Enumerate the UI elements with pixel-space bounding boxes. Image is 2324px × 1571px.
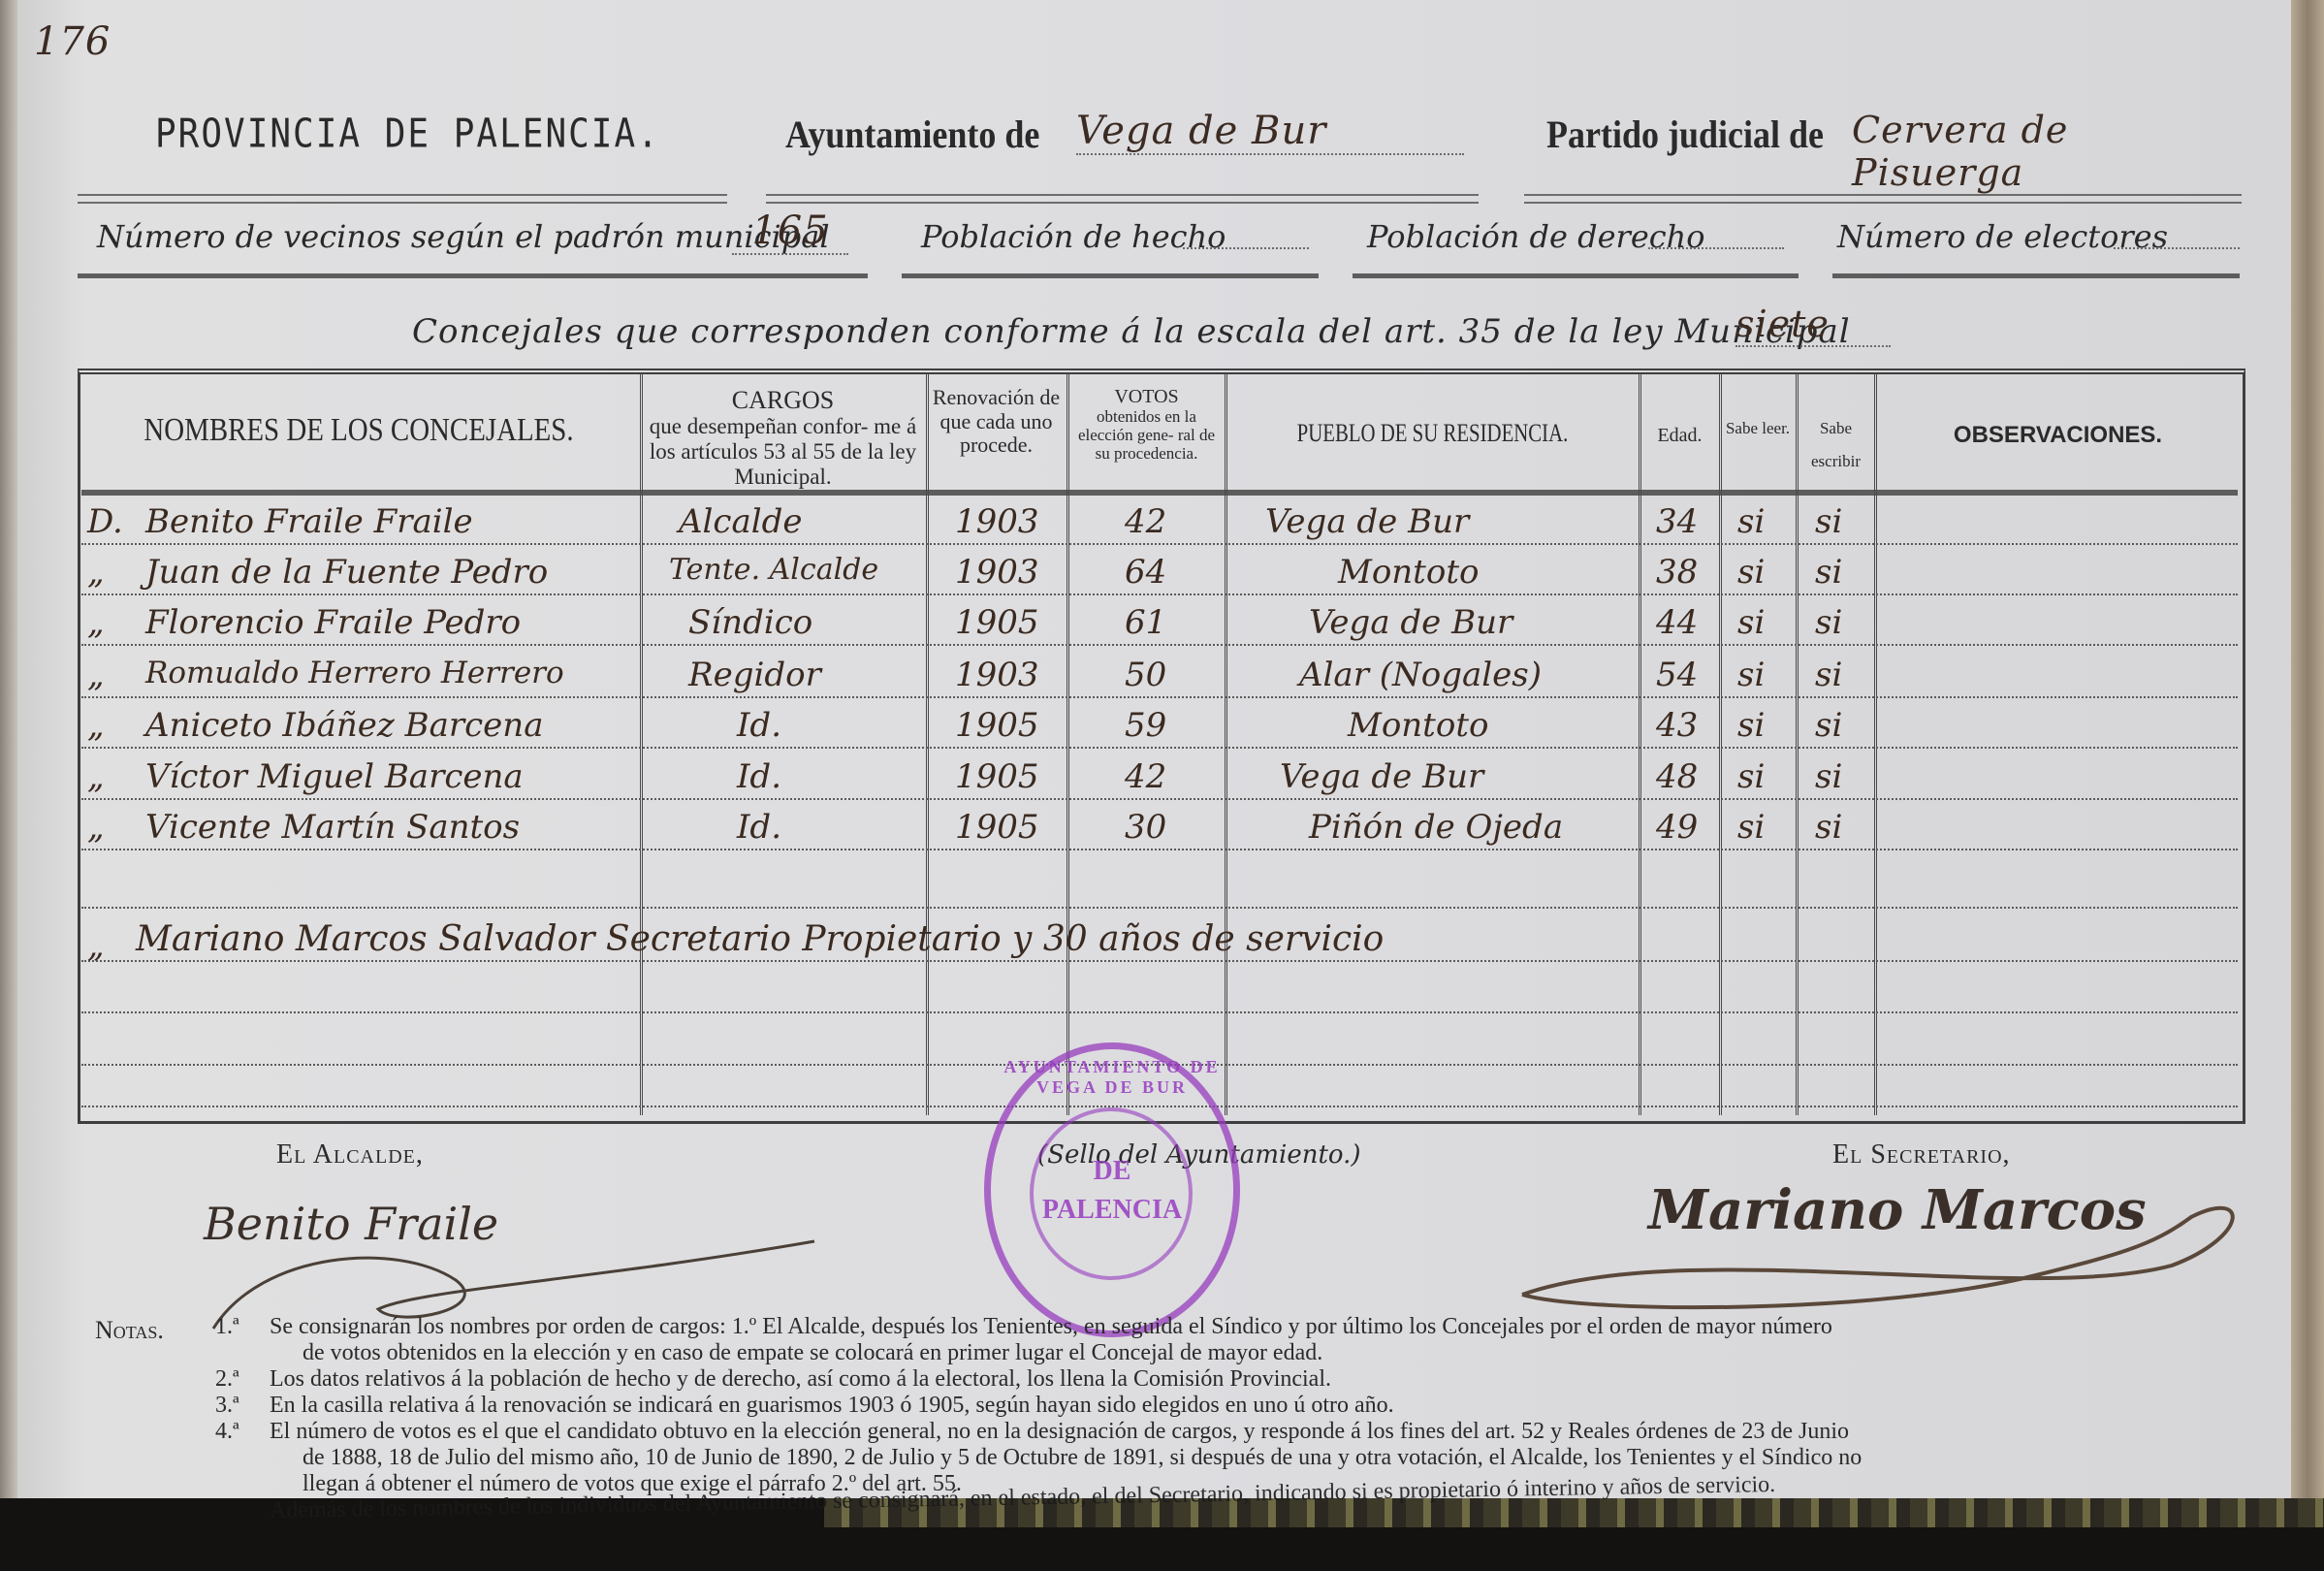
stamp-text-de: DE bbox=[991, 1156, 1233, 1187]
councillor-cargo: Id. bbox=[737, 808, 781, 847]
header-votos: VOTOS obtenidos en la elección gene- ral… bbox=[1071, 386, 1222, 463]
row-divider bbox=[81, 960, 2238, 962]
councillor-leer: si bbox=[1737, 502, 1765, 541]
councillor-pueblo: Piñón de Ojeda bbox=[1309, 808, 1563, 847]
councillor-pueblo: Montoto bbox=[1338, 553, 1479, 592]
column-divider bbox=[640, 373, 643, 1115]
councillor-leer: si bbox=[1737, 757, 1765, 796]
header-observaciones: OBSERVACIONES. bbox=[1881, 423, 2235, 449]
row-mark: D. bbox=[87, 502, 123, 541]
councillor-escribir: si bbox=[1815, 502, 1842, 541]
electores-value bbox=[2114, 242, 2240, 249]
note-num: 1.ª bbox=[215, 1314, 239, 1340]
note-num: 4.ª bbox=[215, 1419, 239, 1445]
councillor-pueblo: Montoto bbox=[1348, 706, 1488, 745]
divider bbox=[1832, 273, 2240, 278]
councillor-name: Romualdo Herrero Herrero bbox=[145, 656, 564, 690]
note-text: En la casilla relativa á la renovación s… bbox=[270, 1393, 1394, 1419]
councillor-escribir: si bbox=[1815, 706, 1842, 745]
divider bbox=[766, 194, 1479, 204]
partido-label: Partido judicial de bbox=[1546, 112, 1824, 157]
councillor-edad: 48 bbox=[1656, 757, 1698, 796]
divider bbox=[1524, 194, 2242, 204]
councillor-name: Benito Fraile Fraile bbox=[145, 502, 473, 541]
councillor-votos: 42 bbox=[1125, 757, 1166, 796]
councillor-escribir: si bbox=[1815, 553, 1842, 592]
header-pueblo: PUEBLO DE SU RESIDENCIA. bbox=[1272, 419, 1594, 447]
ayuntamiento-label: Ayuntamiento de bbox=[785, 112, 1039, 157]
councillor-leer: si bbox=[1737, 553, 1765, 592]
councillor-votos: 30 bbox=[1125, 808, 1166, 847]
column-divider bbox=[1796, 373, 1799, 1115]
row-divider bbox=[81, 644, 2238, 646]
councillor-renovacion: 1905 bbox=[955, 808, 1039, 847]
note-num: 2.ª bbox=[215, 1366, 239, 1393]
councillor-pueblo: Alar (Nogales) bbox=[1299, 656, 1542, 694]
row-mark: „ bbox=[87, 926, 105, 965]
header-sabe-leer: Sabe leer. bbox=[1724, 412, 1792, 445]
poblacion-derecho-label: Población de derecho bbox=[1367, 218, 1705, 255]
column-divider bbox=[1066, 373, 1069, 1115]
secretario-flourish bbox=[1493, 1178, 2269, 1314]
councillor-votos: 59 bbox=[1125, 706, 1166, 745]
councillor-votos: 64 bbox=[1125, 553, 1166, 592]
councillor-escribir: si bbox=[1815, 757, 1842, 796]
header-cargos-sub: que desempeñan confor- me á los artículo… bbox=[645, 414, 921, 489]
councillor-leer: si bbox=[1737, 656, 1765, 694]
row-mark: „ bbox=[87, 553, 105, 592]
councillor-leer: si bbox=[1737, 808, 1765, 847]
municipal-stamp: AYUNTAMIENTO DE VEGA DE BUR DE PALENCIA bbox=[984, 1042, 1240, 1337]
column-divider bbox=[1225, 373, 1227, 1115]
header-sabe-escribir: Sabe escribir bbox=[1800, 412, 1871, 478]
secretary-entry: Mariano Marcos Salvador Secretario Propi… bbox=[136, 919, 1384, 959]
header-cargos: CARGOS que desempeñan confor- me á los a… bbox=[645, 386, 921, 489]
councillor-edad: 43 bbox=[1656, 706, 1698, 745]
councillor-renovacion: 1903 bbox=[955, 553, 1039, 592]
electores-label: Número de electores bbox=[1837, 218, 2168, 255]
column-divider bbox=[926, 373, 929, 1115]
councillor-pueblo: Vega de Bur bbox=[1280, 757, 1483, 796]
row-mark: „ bbox=[87, 757, 105, 796]
councillor-renovacion: 1903 bbox=[955, 502, 1039, 541]
secretario-label: El Secretario, bbox=[1832, 1139, 2011, 1170]
councillor-cargo: Tente. Alcalde bbox=[669, 553, 878, 587]
header-edad: Edad. bbox=[1643, 425, 1716, 446]
concejales-value: siete bbox=[1735, 303, 1891, 347]
poblacion-hecho-label: Población de hecho bbox=[921, 218, 1226, 255]
councillor-edad: 38 bbox=[1656, 553, 1698, 592]
councillor-name: Florencio Fraile Pedro bbox=[145, 603, 521, 642]
divider bbox=[78, 273, 868, 278]
councillor-name: Vicente Martín Santos bbox=[145, 808, 520, 847]
stamp-inner-ring bbox=[1030, 1107, 1193, 1280]
note-num: 3.ª bbox=[215, 1393, 239, 1419]
councillor-name: Víctor Miguel Barcena bbox=[145, 757, 524, 796]
column-divider bbox=[1874, 373, 1877, 1115]
councillor-escribir: si bbox=[1815, 656, 1842, 694]
alcalde-label: El Alcalde, bbox=[276, 1139, 424, 1170]
row-divider bbox=[81, 696, 2238, 698]
row-mark: „ bbox=[87, 603, 105, 642]
councillor-cargo: Alcalde bbox=[679, 502, 803, 541]
book-spine bbox=[0, 0, 17, 1571]
ayuntamiento-value: Vega de Bur bbox=[1076, 109, 1464, 155]
councillor-cargo: Regidor bbox=[688, 656, 821, 694]
councillor-pueblo: Vega de Bur bbox=[1309, 603, 1512, 642]
row-mark: „ bbox=[87, 656, 105, 694]
councillor-pueblo: Vega de Bur bbox=[1265, 502, 1469, 541]
page-edge bbox=[2291, 0, 2324, 1571]
councillor-escribir: si bbox=[1815, 603, 1842, 642]
councillor-votos: 50 bbox=[1125, 656, 1166, 694]
divider bbox=[902, 273, 1319, 278]
column-divider bbox=[1639, 373, 1641, 1115]
councillor-renovacion: 1903 bbox=[955, 656, 1039, 694]
header-votos-sub: obtenidos en la elección gene- ral de su… bbox=[1071, 407, 1222, 463]
row-divider bbox=[81, 747, 2238, 749]
header-divider bbox=[81, 490, 2238, 496]
vecinos-value: 165 bbox=[732, 208, 848, 255]
note-text-cont: de votos obtenidos en la elección y en c… bbox=[302, 1340, 1322, 1366]
header-renovacion: Renovación de que cada uno procede. bbox=[931, 386, 1062, 458]
councillor-cargo: Síndico bbox=[688, 603, 812, 642]
councillor-escribir: si bbox=[1815, 808, 1842, 847]
header-votos-title: VOTOS bbox=[1071, 386, 1222, 407]
councillor-edad: 49 bbox=[1656, 808, 1698, 847]
stamp-text-palencia: PALENCIA bbox=[991, 1195, 1233, 1226]
councillor-cargo: Id. bbox=[737, 757, 781, 796]
stamp-ring-text: AYUNTAMIENTO DE VEGA DE BUR bbox=[991, 1057, 1233, 1098]
row-divider bbox=[81, 849, 2238, 850]
page-number: 176 bbox=[34, 19, 111, 64]
councillor-renovacion: 1905 bbox=[955, 603, 1039, 642]
councillor-edad: 44 bbox=[1656, 603, 1698, 642]
province-title: PROVINCIA DE PALENCIA. bbox=[155, 112, 660, 157]
councillor-edad: 54 bbox=[1656, 656, 1698, 694]
note-text: Los datos relativos á la población de he… bbox=[270, 1366, 1331, 1393]
row-divider bbox=[81, 543, 2238, 545]
row-divider bbox=[81, 907, 2238, 909]
vecinos-label: Número de vecinos según el padrón munici… bbox=[97, 218, 830, 255]
councillor-renovacion: 1905 bbox=[955, 706, 1039, 745]
councillor-votos: 61 bbox=[1125, 603, 1166, 642]
divider bbox=[1353, 273, 1799, 278]
councillor-leer: si bbox=[1737, 706, 1765, 745]
councillor-name: Aniceto Ibáñez Barcena bbox=[145, 706, 543, 745]
row-mark: „ bbox=[87, 706, 105, 745]
councillor-cargo: Id. bbox=[737, 706, 781, 745]
note-text: El número de votos es el que el candidat… bbox=[270, 1419, 1849, 1445]
header-nombres: NOMBRES DE LOS CONCEJALES. bbox=[128, 412, 589, 449]
councillor-renovacion: 1905 bbox=[955, 757, 1039, 796]
column-divider bbox=[1719, 373, 1722, 1115]
header-cargos-title: CARGOS bbox=[645, 386, 921, 414]
row-mark: „ bbox=[87, 808, 105, 847]
row-divider bbox=[81, 593, 2238, 595]
row-divider bbox=[81, 798, 2238, 800]
divider bbox=[78, 194, 727, 204]
councillor-name: Juan de la Fuente Pedro bbox=[145, 553, 548, 592]
poblacion-hecho-value bbox=[1183, 242, 1309, 249]
poblacion-derecho-value bbox=[1648, 242, 1784, 249]
councillor-leer: si bbox=[1737, 603, 1765, 642]
note-text-cont: de 1888, 18 de Julio del mismo año, 10 d… bbox=[302, 1445, 1862, 1471]
row-divider bbox=[81, 1011, 2238, 1013]
councillor-edad: 34 bbox=[1656, 502, 1698, 541]
note-text: Se consignarán los nombres por orden de … bbox=[270, 1314, 1832, 1340]
partido-value: Cervera de Pisuerga bbox=[1852, 109, 2240, 196]
councillor-votos: 42 bbox=[1125, 502, 1166, 541]
concejales-label: Concejales que corresponden conforme á l… bbox=[412, 312, 1851, 351]
notes-title: Notas. bbox=[95, 1317, 164, 1343]
